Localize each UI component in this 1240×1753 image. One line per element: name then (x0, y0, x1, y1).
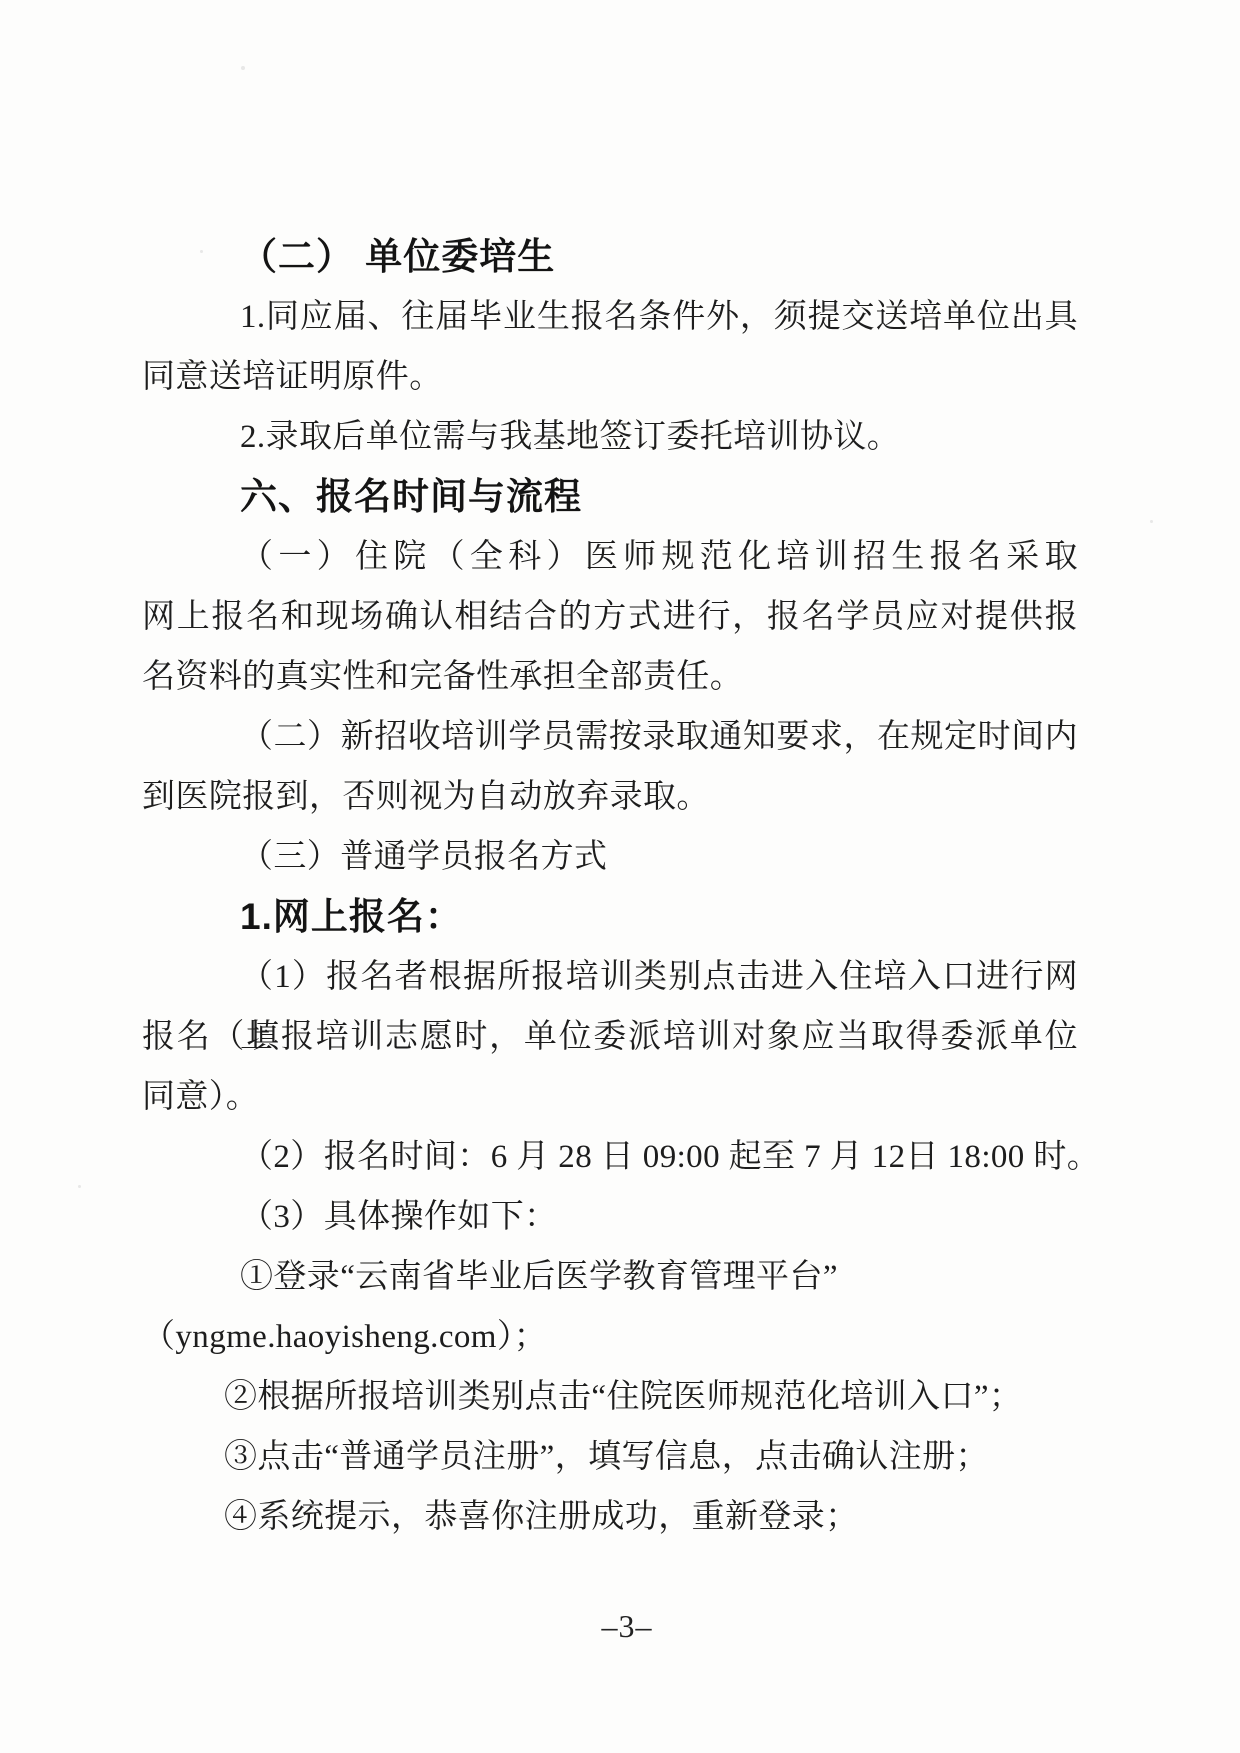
text-line: 名资料的真实性和完备性承担全部责任。 (142, 647, 1078, 707)
text-line: 同意送培证明原件。 (142, 347, 1078, 407)
text-line: （3）具体操作如下： (142, 1187, 1078, 1247)
text-line: 2.录取后单位需与我基地签订委托培训协议。 (142, 407, 1078, 467)
heading-online-registration: 1.网上报名： (142, 887, 1078, 947)
text-line: 同意）。 (142, 1067, 1078, 1127)
text-line: 到医院报到，否则视为自动放弃录取。 (142, 767, 1078, 827)
text-line: （2）报名时间：6 月 28 日 09:00 起至 7 月 12日 18:00 … (142, 1127, 1078, 1187)
document-body: （二） 单位委培生 1.同应届、往届毕业生报名条件外，须提交送培单位出具 同意送… (142, 227, 1078, 1547)
heading-unit-entrusted-trainees: （二） 单位委培生 (142, 227, 1078, 287)
document-page: （二） 单位委培生 1.同应届、往届毕业生报名条件外，须提交送培单位出具 同意送… (0, 0, 1240, 1753)
text-line: 报名（填报培训志愿时，单位委派培训对象应当取得委派单位 (142, 1007, 1078, 1067)
scan-speck (241, 66, 245, 70)
scan-speck (1150, 520, 1153, 523)
text-line: （一）住院（全科）医师规范化培训招生报名采取 (142, 527, 1078, 587)
page-number: –3– (0, 1608, 1240, 1645)
text-line: ②根据所报培训类别点击“住院医师规范化培训入口”； (142, 1367, 1078, 1427)
heading-registration-time-and-process: 六、报名时间与流程 (142, 467, 1078, 527)
text-line: ③点击“普通学员注册”，填写信息，点击确认注册； (142, 1427, 1078, 1487)
text-line: 1.同应届、往届毕业生报名条件外，须提交送培单位出具 (142, 287, 1078, 347)
text-line: ④系统提示，恭喜你注册成功，重新登录； (142, 1487, 1078, 1547)
text-line: ①登录“云南省毕业后医学教育管理平台” (142, 1247, 1078, 1307)
text-line: （三）普通学员报名方式 (142, 827, 1078, 887)
scan-speck (78, 1185, 81, 1188)
text-line: 网上报名和现场确认相结合的方式进行，报名学员应对提供报 (142, 587, 1078, 647)
text-line: （二）新招收培训学员需按录取通知要求，在规定时间内 (142, 707, 1078, 767)
text-line: （1）报名者根据所报培训类别点击进入住培入口进行网上 (142, 947, 1078, 1007)
text-line-url: （yngme.haoyisheng.com）； (142, 1307, 1078, 1367)
